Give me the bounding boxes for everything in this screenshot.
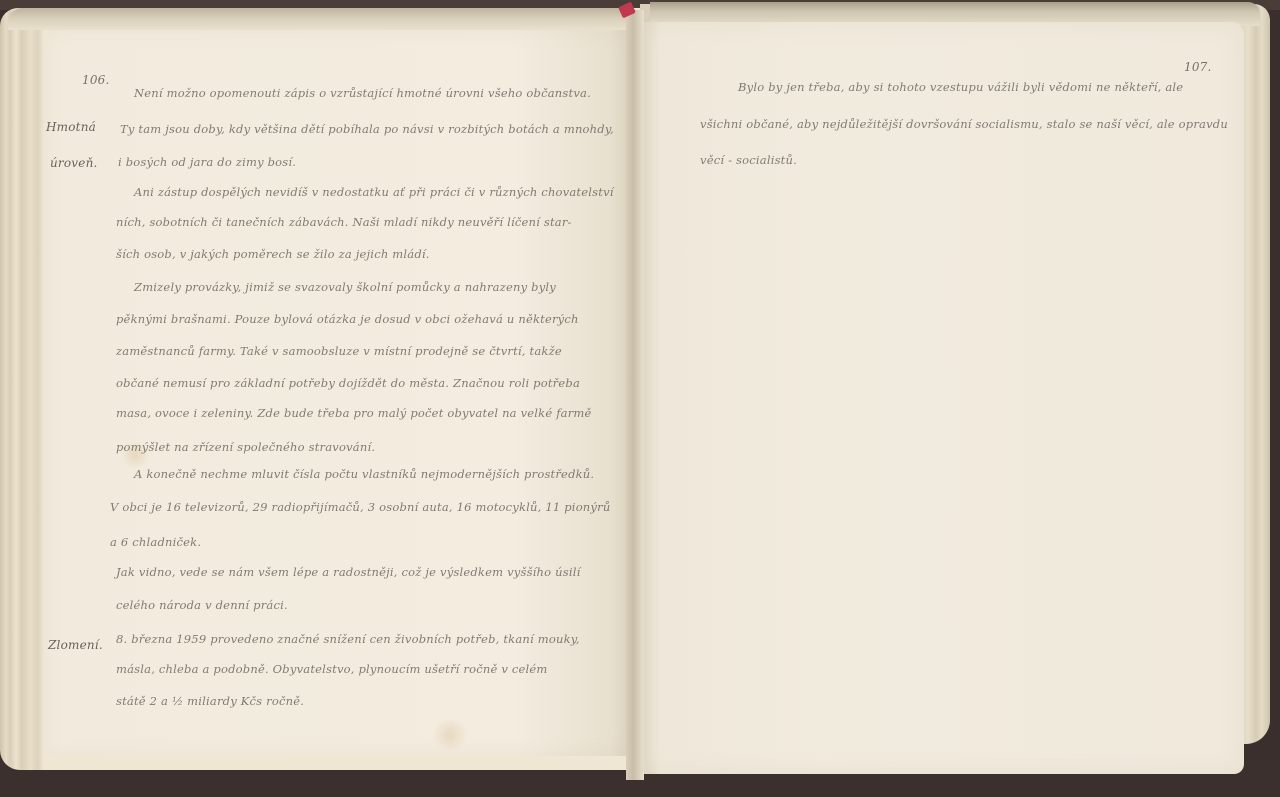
text-line: všichni občané, aby nejdůležitější dovrš…: [700, 117, 1228, 131]
page-number-left: 106.: [82, 73, 110, 87]
text-line: másla, chleba a podobně. Obyvatelstvo, p…: [116, 662, 548, 676]
paper-stain: [430, 720, 470, 750]
margin-note: Hmotná: [46, 120, 96, 134]
margin-note: úroveň.: [50, 156, 98, 170]
text-line: zaměstnanců farmy. Také v samoobsluze v …: [116, 344, 562, 358]
text-line: Ty tam jsou doby, kdy většina dětí pobíh…: [120, 122, 614, 136]
text-line: celého národa v denní práci.: [116, 598, 288, 612]
text-line: Bylo by jen třeba, aby si tohoto vzestup…: [738, 80, 1183, 94]
text-line: ších osob, v jakých poměrech se žilo za …: [116, 247, 430, 261]
margin-note: Zlomení.: [48, 638, 103, 652]
text-line: masa, ovoce i zeleniny. Zde bude třeba p…: [116, 406, 592, 420]
text-line: pěknými brašnami. Pouze bylová otázka je…: [116, 312, 579, 326]
text-line: pomýšlet na zřízení společného stravován…: [116, 440, 375, 454]
left-page: [44, 30, 634, 756]
text-line: Není možno opomenouti zápis o vzrůstajíc…: [134, 86, 591, 100]
text-line: občané nemusí pro základní potřeby dojíž…: [116, 376, 580, 390]
right-page: [636, 22, 1244, 774]
text-line: i bosých od jara do zimy bosí.: [118, 155, 296, 169]
text-line: A konečně nechme mluvit čísla počtu vlas…: [134, 467, 594, 481]
page-number-right: 107.: [1184, 60, 1212, 74]
left-page-top-edge: [8, 8, 633, 30]
text-line: ních, sobotních či tanečních zábavách. N…: [116, 215, 572, 229]
text-line: Zmizely provázky, jimiž se svazovaly ško…: [134, 280, 556, 294]
text-line: Ani zástup dospělých nevidíš v nedostatk…: [134, 185, 614, 199]
text-line: Jak vidno, vede se nám všem lépe a rados…: [116, 565, 580, 579]
text-line: V obci je 16 televizorů, 29 radiopřijíma…: [110, 500, 610, 514]
text-line: 8. března 1959 provedeno značné snížení …: [116, 632, 580, 646]
text-line: a 6 chladniček.: [110, 535, 201, 549]
text-line: státě 2 a ½ miliardy Kčs ročně.: [116, 694, 304, 708]
text-line: věcí - socialistů.: [700, 153, 797, 167]
book-gutter: [626, 10, 644, 780]
